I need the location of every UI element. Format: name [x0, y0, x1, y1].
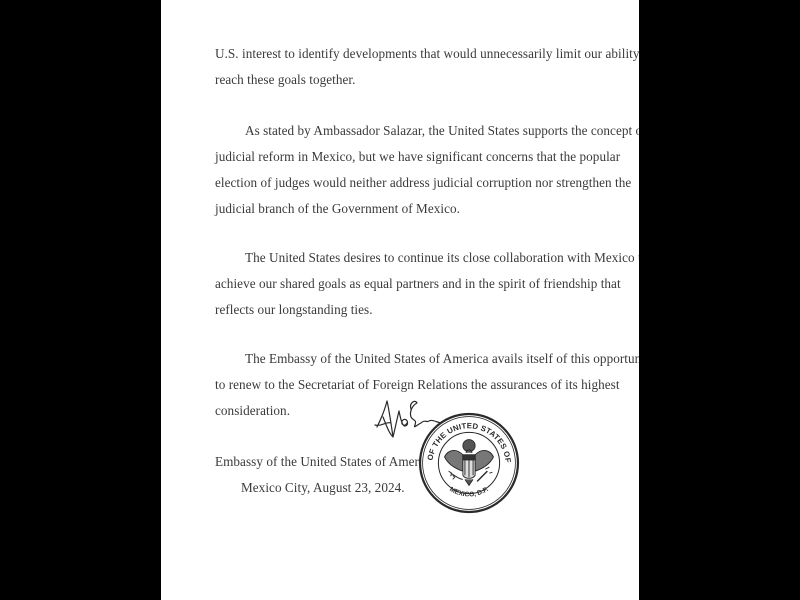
document-page: U.S. interest to identify developments t…	[161, 0, 639, 600]
text-line: The United States desires to continue it…	[245, 250, 639, 266]
signoff-place-date: Mexico City, August 23, 2024.	[241, 480, 405, 496]
text-line: As stated by Ambassador Salazar, the Uni…	[245, 123, 639, 139]
text-line: achieve our shared goals as equal partne…	[215, 276, 621, 292]
text-line: to renew to the Secretariat of Foreign R…	[215, 377, 620, 393]
text-line: election of judges would neither address…	[215, 175, 631, 191]
signoff-sender: Embassy of the United States of America,	[215, 454, 438, 470]
embassy-seal-icon: EMBASSY OF THE UNITED STATES OF AMERICA …	[418, 412, 520, 514]
text-line: U.S. interest to identify developments t…	[215, 46, 639, 62]
text-line: reach these goals together.	[215, 72, 356, 88]
text-line: The Embassy of the United States of Amer…	[245, 351, 639, 367]
text-line: reflects our longstanding ties.	[215, 302, 373, 318]
text-line: judicial branch of the Government of Mex…	[215, 201, 460, 217]
text-line: judicial reform in Mexico, but we have s…	[215, 149, 620, 165]
text-line: consideration.	[215, 403, 290, 419]
